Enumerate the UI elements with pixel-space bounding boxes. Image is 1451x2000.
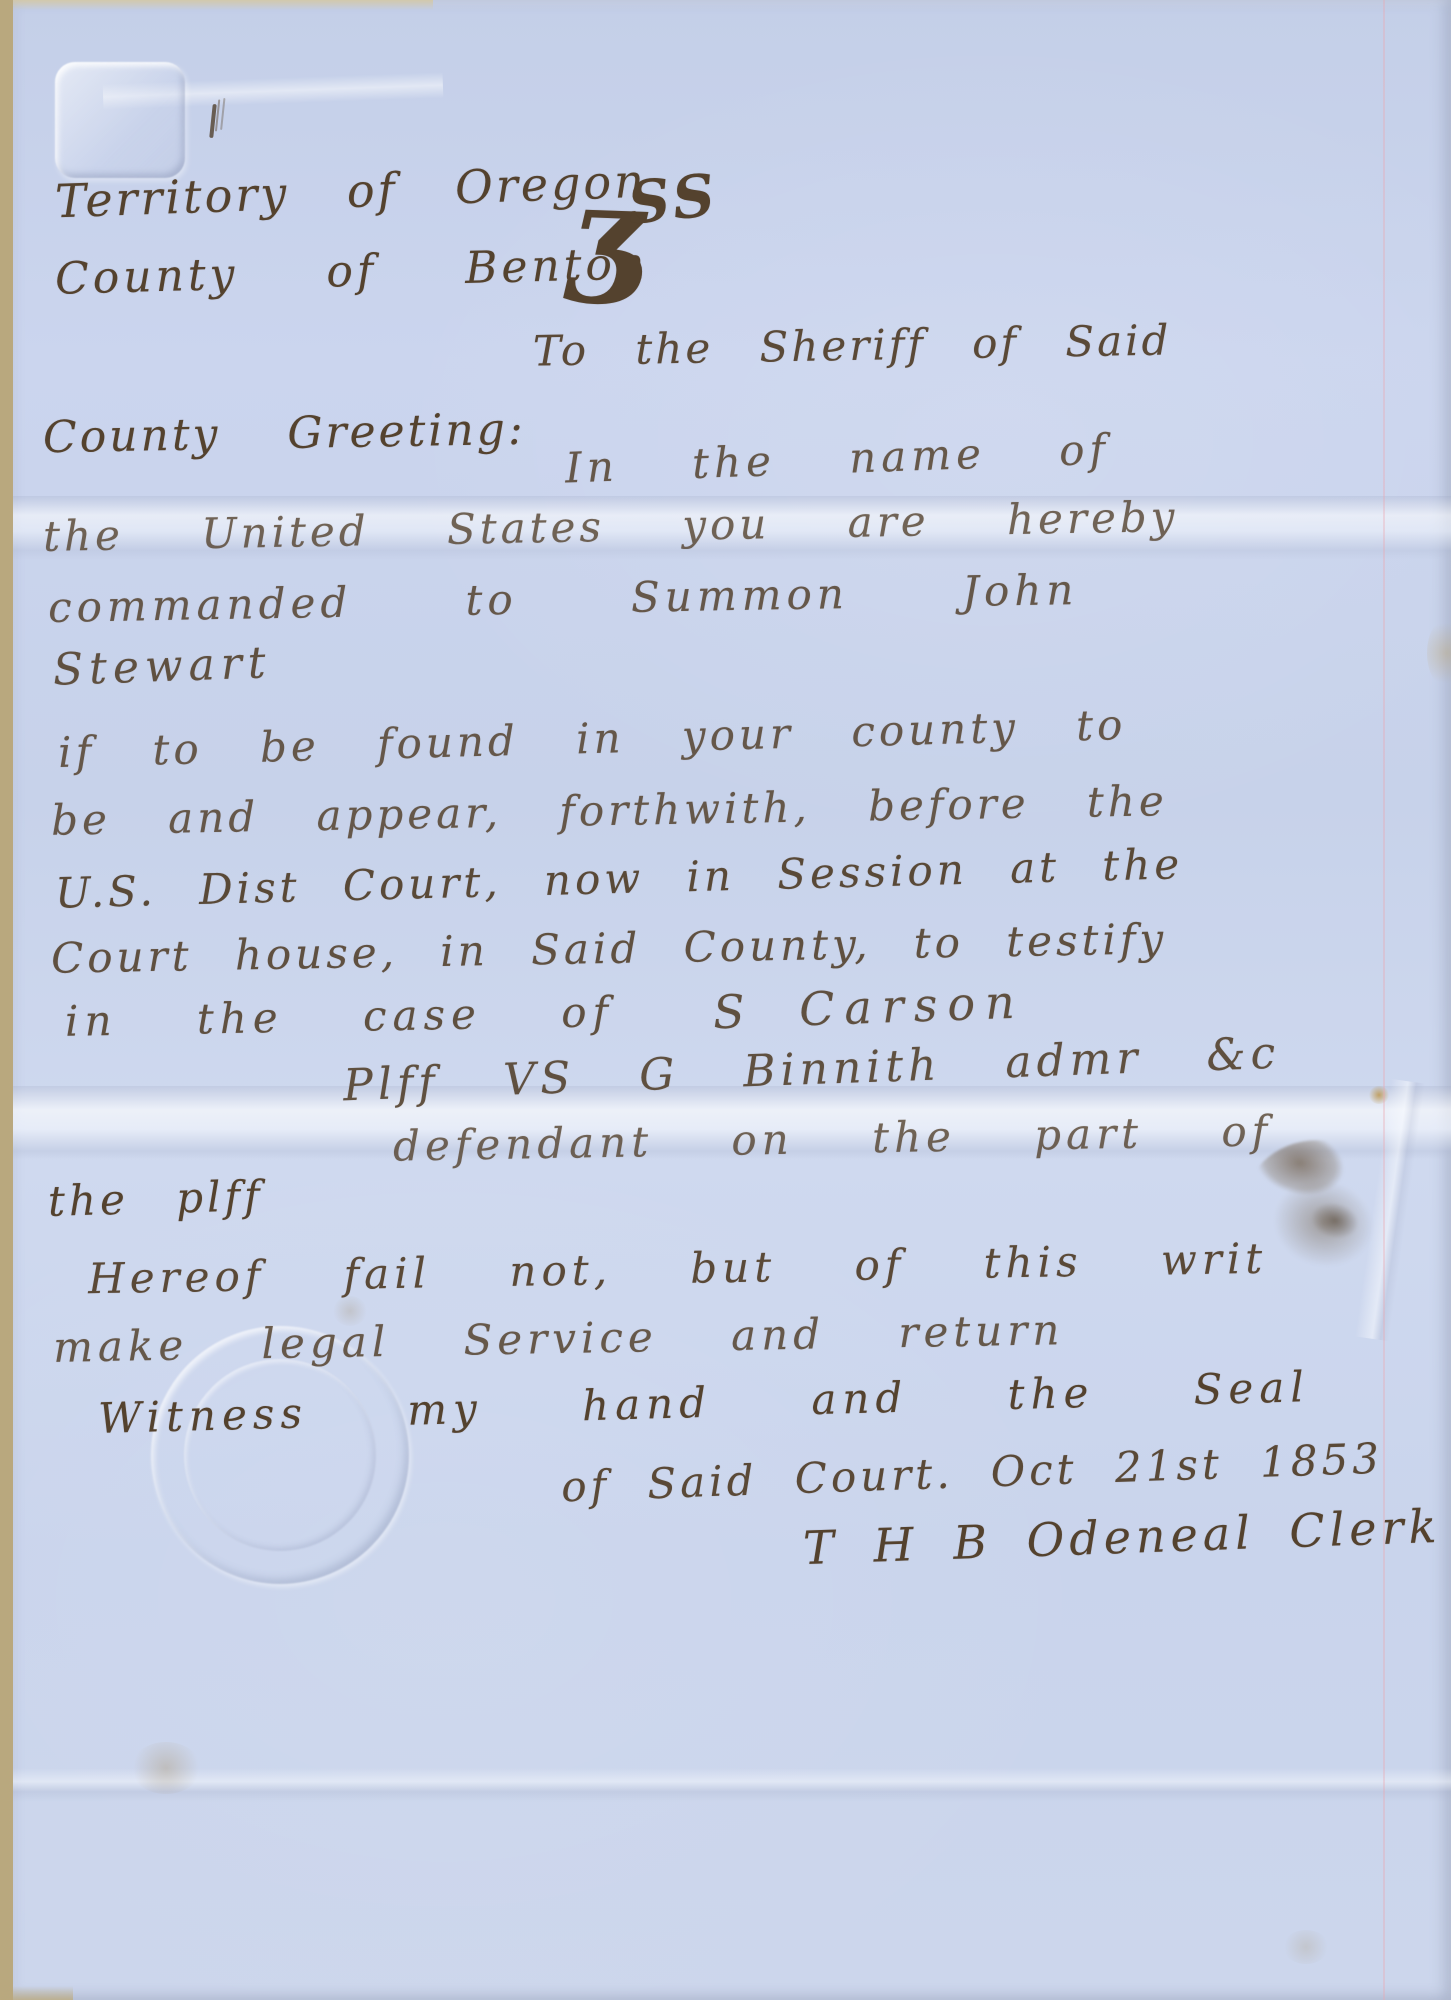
handwritten-line-be-appear: be and appear, forthwith, before the	[51, 780, 1168, 841]
handwritten-line-make-legal: make legal Service and return	[53, 1309, 1065, 1369]
handwritten-line-territory: Territory of Oregon	[54, 158, 647, 225]
handwritten-line-ss: SS	[625, 165, 721, 232]
handwritten-line-if-found: if to be found in your county to	[58, 704, 1127, 774]
handwritten-line-commanded: commanded to Summon John	[48, 569, 1079, 629]
document-paper: Territory of OregonCounty of BentonʒSSTo…	[13, 0, 1451, 2000]
handwritten-line-the-plff: the plff	[47, 1175, 264, 1223]
handwritten-line-signature: T H B Odeneal Clerk	[802, 1503, 1442, 1571]
handwritten-line-carson: S Carson	[712, 979, 1025, 1036]
handwritten-line-to-sheriff: To the Sheriff of Said	[533, 319, 1172, 372]
handwritten-line-united-states: the United States you are hereby	[43, 496, 1179, 558]
handwritten-line-witness: Witness my hand and the Seal	[98, 1366, 1311, 1440]
handwritten-line-county: County of Benton	[55, 242, 649, 302]
handwritten-line-stewart: Stewart	[52, 641, 272, 693]
handwritten-line-us-dist-court: U.S. Dist Court, now in Session at the	[55, 843, 1184, 915]
handwritten-line-greeting: County Greeting:	[43, 408, 526, 460]
handwritten-line-of-said-court: of Said Court. Oct 21st 1853	[561, 1438, 1384, 1509]
handwritten-line-hereof: Hereof fail not, but of this writ	[88, 1238, 1268, 1301]
handwritten-line-plff-vs: Plff VS G Binnith admr &c	[343, 1032, 1281, 1109]
handwritten-line-in-the-name: In the name of	[564, 429, 1110, 490]
handwritten-line-defendant: defendant on the part of	[393, 1110, 1273, 1167]
handwritten-line-court-house: Court house, in Said County, to testify	[51, 918, 1168, 979]
handwritten-line-in-the-case: in the case of	[65, 991, 615, 1043]
scanned-document: Territory of OregonCounty of BentonʒSSTo…	[0, 0, 1451, 2000]
handwriting-layer: Territory of OregonCounty of BentonʒSSTo…	[13, 0, 1451, 2000]
